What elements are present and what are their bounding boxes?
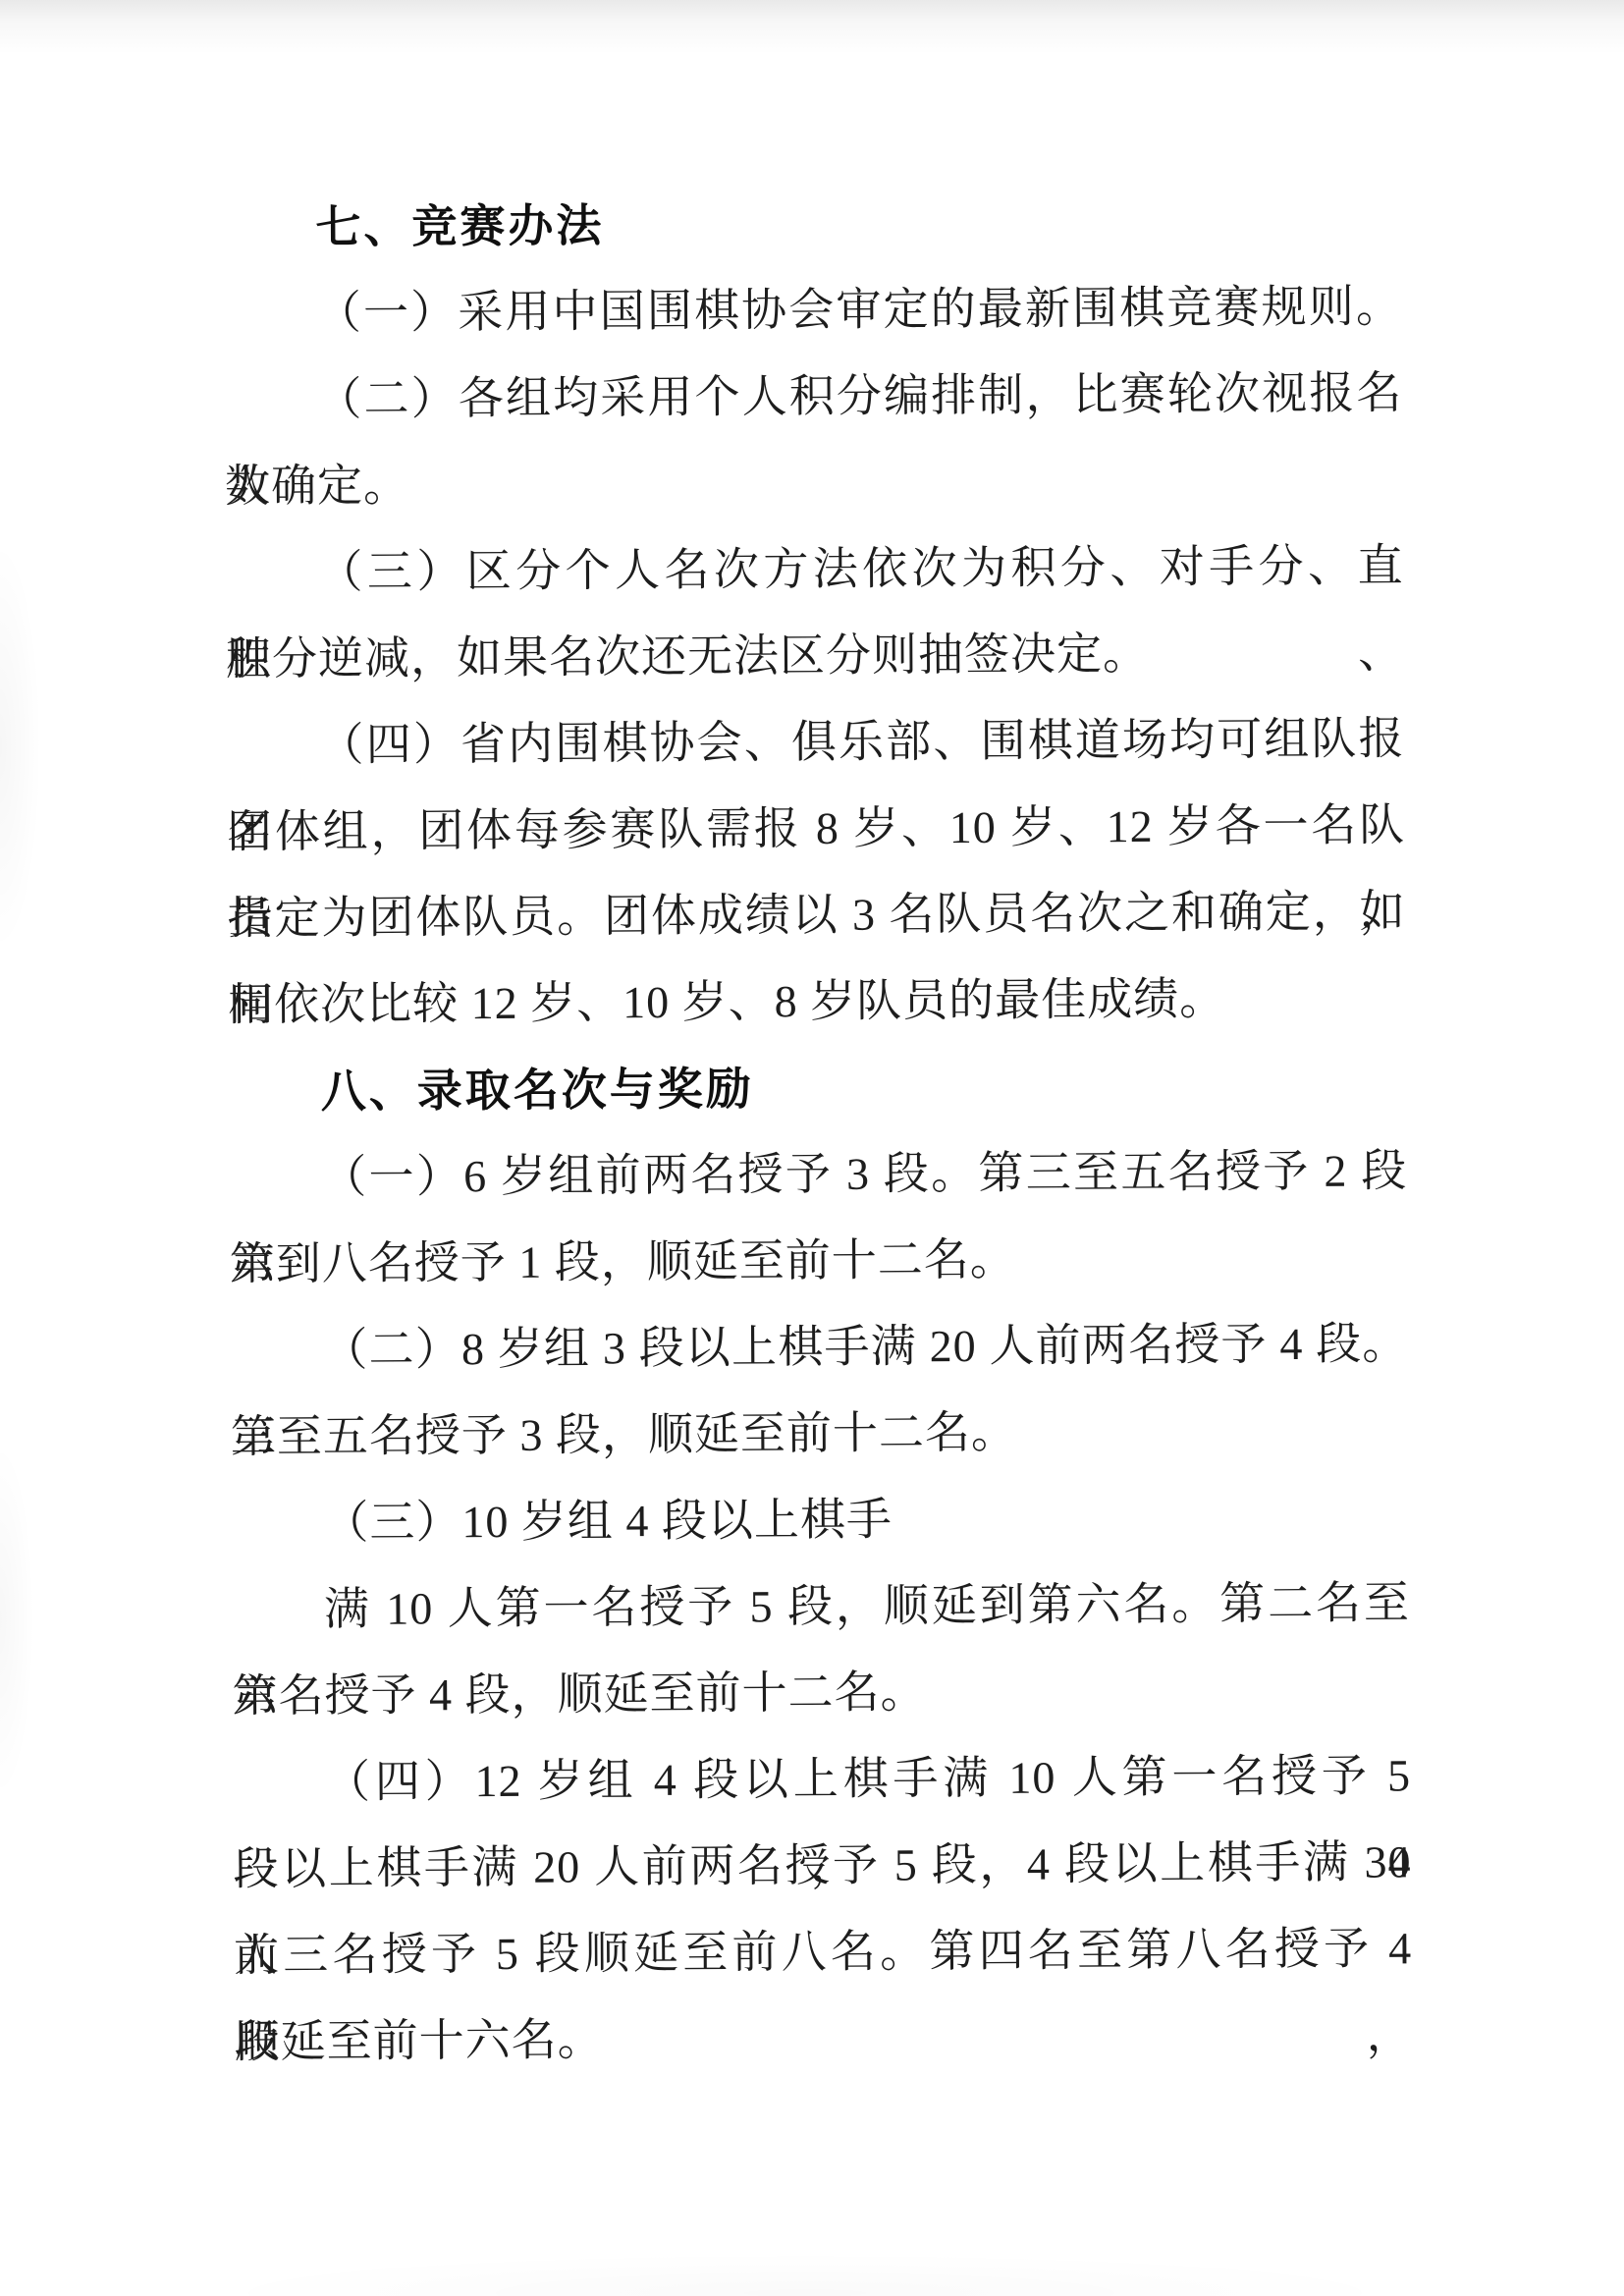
- scanned-document-page: 七、竞赛办法 （一）采用中国围棋协会审定的最新围棋竞赛规则。 （二）各组均采用个…: [0, 0, 1624, 2296]
- section-8-item-4-line-3: 前三名授予 5 段顺延至前八名。第四名至第八名授予 4 段，: [234, 1905, 1413, 1998]
- section-7-item-4-line-3: 指定为团体队员。团体成绩以 3 名队员名次之和确定，如相: [227, 868, 1406, 961]
- section-7-item-3-line-1: （三）区分个人名次方法依次为积分、对手分、直胜、: [225, 522, 1404, 616]
- section-7-item-4-line-1: （四）省内围棋协会、俱乐部、围棋道场均可组队报名: [226, 695, 1405, 789]
- section-7-item-1: （一）采用中国围棋协会审定的最新围棋竞赛规则。: [224, 263, 1403, 356]
- document-text-block: 七、竞赛办法 （一）采用中国围棋协会审定的最新围棋竞赛规则。 （二）各组均采用个…: [223, 177, 1413, 2085]
- section-7-item-4-line-2: 团体组，团体每参赛队需报 8 岁、10 岁、12 岁各一名队员，: [227, 782, 1406, 875]
- section-7-heading: 七、竞赛办法: [223, 177, 1402, 270]
- section-8-item-1-line-2: 六到八名授予 1 段，顺延至前十二名。: [230, 1214, 1409, 1307]
- section-8-item-3-line-1: （三）10 岁组 4 段以上棋手: [231, 1473, 1410, 1566]
- section-7-item-2-line-1: （二）各组均采用个人积分编排制，比赛轮次视报名人: [224, 350, 1403, 443]
- section-8-heading: 八、录取名次与奖励: [228, 1041, 1407, 1134]
- section-8-item-4-line-1: （四）12 岁组 4 段以上棋手满 10 人第一名授予 5 段，4: [233, 1732, 1412, 1826]
- section-8-item-4-line-2: 段以上棋手满 20 人前两名授予 5 段，4 段以上棋手满 30 人: [233, 1819, 1412, 1912]
- section-8-item-2-line-2: 三至五名授予 3 段，顺延至前十二名。: [231, 1387, 1410, 1480]
- section-8-item-3-line-2: 满 10 人第一名授予 5 段，顺延到第六名。第二名至第: [232, 1559, 1411, 1653]
- section-8-item-3-line-3: 六名授予 4 段，顺延至前十二名。: [232, 1646, 1411, 1739]
- section-7-item-2-line-2: 数确定。: [225, 436, 1404, 529]
- section-8-item-2-line-1: （二）8 岁组 3 段以上棋手满 20 人前两名授予 4 段。第: [230, 1300, 1409, 1394]
- section-8-item-1-line-1: （一）6 岁组前两名授予 3 段。第三至五名授予 2 段第: [229, 1127, 1408, 1221]
- section-7-item-4-line-4: 同依次比较 12 岁、10 岁、8 岁队员的最佳成绩。: [228, 955, 1407, 1048]
